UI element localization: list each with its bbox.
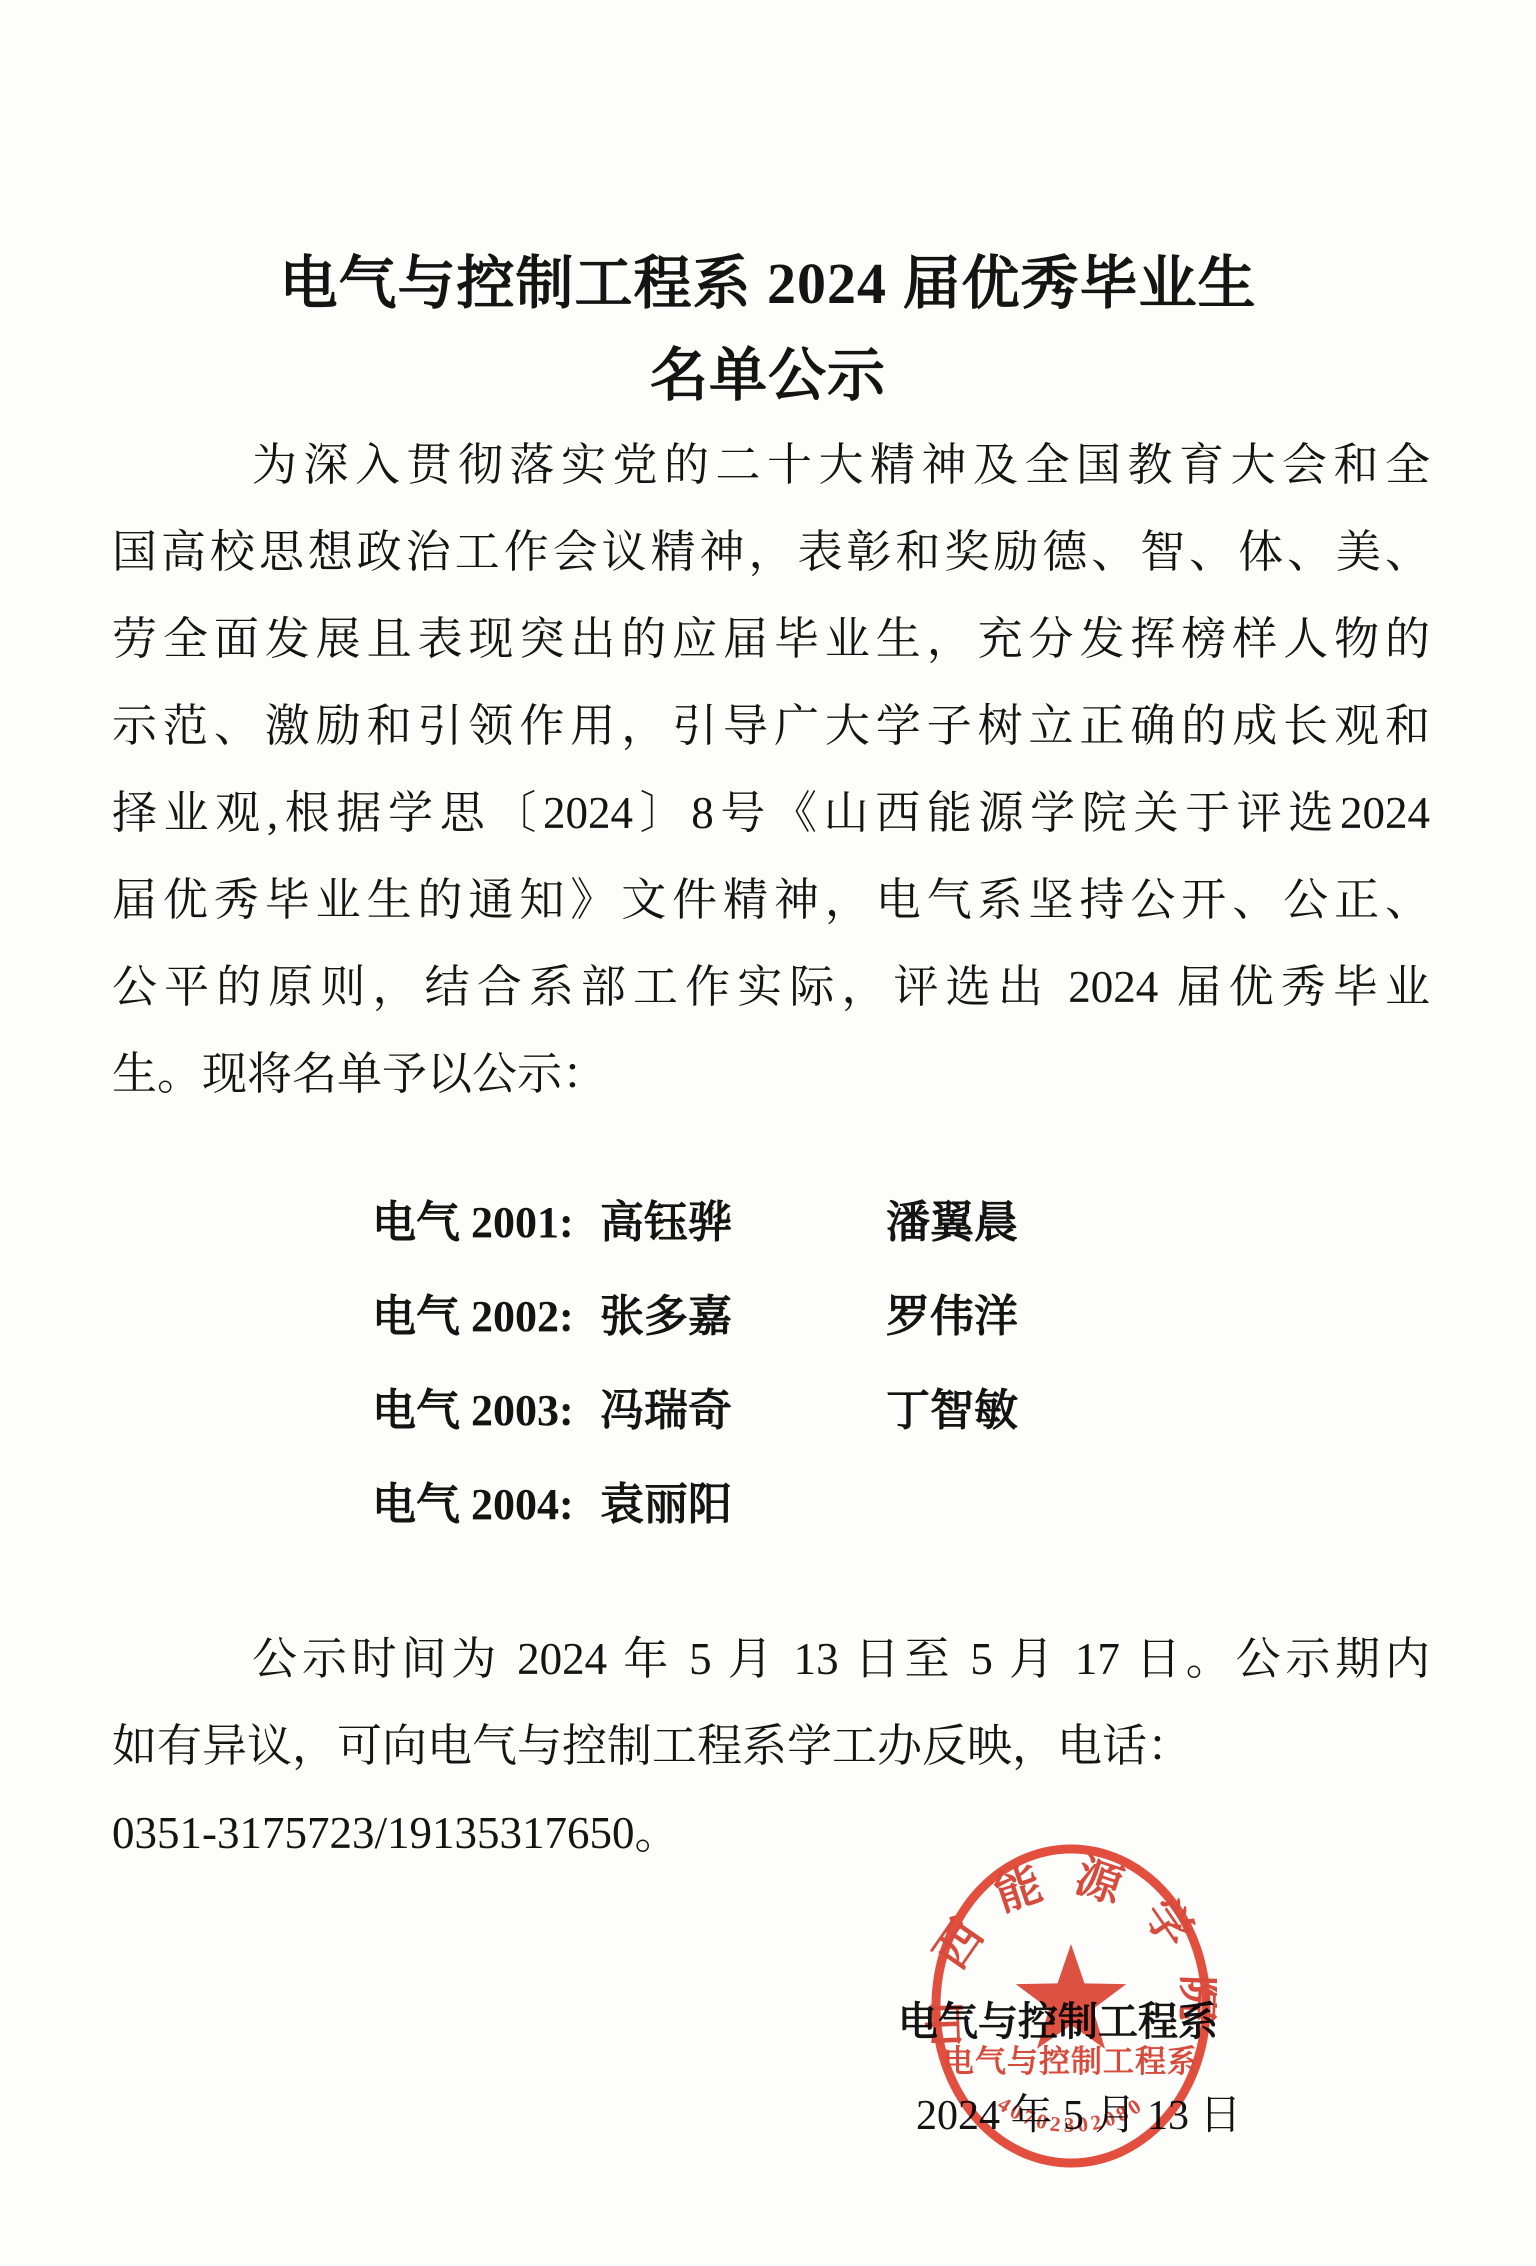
class-label: 电气 2003: <box>372 1364 600 1458</box>
class-label: 电气 2004: <box>372 1458 600 1552</box>
intro-line: 为深入贯彻落实党的二十大精神及全国教育大会和全 <box>112 422 1430 509</box>
intro-line: 生。现将名单予以公示： <box>112 1031 1430 1118</box>
intro-line: 国高校思想政治工作会议精神，表彰和奖励德、智、体、美、 <box>112 509 1430 596</box>
list-item: 电气 2001:高钰骅潘翼晨 <box>372 1176 1430 1270</box>
page-title: 电气与控制工程系 2024 届优秀毕业生 名单公示 <box>0 0 1536 422</box>
intro-line: 劳全面发展且表现突出的应届毕业生，充分发挥榜样人物的 <box>112 596 1430 683</box>
intro-line: 择业观,根据学思〔2024〕8号《山西能源学院关于评选2024 <box>112 770 1430 857</box>
graduate-name: 袁丽阳 <box>600 1458 886 1552</box>
list-item: 电气 2003:冯瑞奇丁智敏 <box>372 1364 1430 1458</box>
page-title-line2: 名单公示 <box>0 330 1536 422</box>
closing-line: 如有异议，可向电气与控制工程系学工办反映，电话： <box>112 1703 1430 1790</box>
graduate-name-list: 电气 2001:高钰骅潘翼晨 电气 2002:张多嘉罗伟洋 电气 2003:冯瑞… <box>112 1176 1430 1552</box>
graduate-name: 丁智敏 <box>886 1386 1018 1435</box>
intro-line: 届优秀毕业生的通知》文件精神，电气系坚持公开、公正、 <box>112 857 1430 944</box>
graduate-name: 张多嘉 <box>600 1270 886 1364</box>
class-label: 电气 2001: <box>372 1176 600 1270</box>
graduate-name: 高钰骅 <box>600 1176 886 1270</box>
seal-serial-number: 40702302080 <box>994 2092 1149 2137</box>
graduate-name: 罗伟洋 <box>886 1292 1018 1341</box>
official-seal-stamp: 山西能源学院 电气与控制工程系 40702302080 <box>925 1840 1217 2174</box>
list-item: 电气 2002:张多嘉罗伟洋 <box>372 1270 1430 1364</box>
intro-line: 公平的原则，结合系部工作实际，评选出 2024 届优秀毕业 <box>112 944 1430 1031</box>
seal-star-icon <box>1016 1944 1126 2049</box>
closing-paragraph: 公示时间为 2024 年 5 月 13 日至 5 月 17 日。公示期内 如有异… <box>112 1616 1430 1877</box>
list-item: 电气 2004:袁丽阳 <box>372 1458 1430 1552</box>
seal-department-text: 电气与控制工程系 <box>943 2044 1199 2079</box>
graduate-name: 潘翼晨 <box>886 1198 1018 1247</box>
class-label: 电气 2002: <box>372 1270 600 1364</box>
closing-line: 0351-3175723/19135317650。 <box>112 1790 1430 1877</box>
closing-line: 公示时间为 2024 年 5 月 13 日至 5 月 17 日。公示期内 <box>112 1616 1430 1703</box>
page-title-line1: 电气与控制工程系 2024 届优秀毕业生 <box>0 238 1536 330</box>
intro-paragraph: 为深入贯彻落实党的二十大精神及全国教育大会和全 国高校思想政治工作会议精神，表彰… <box>112 422 1430 1118</box>
intro-line: 示范、激励和引领作用，引导广大学子树立正确的成长观和 <box>112 683 1430 770</box>
announcement-page: 电气与控制工程系 2024 届优秀毕业生 名单公示 为深入贯彻落实党的二十大精神… <box>0 0 1536 2266</box>
svg-text:40702302080: 40702302080 <box>994 2092 1149 2137</box>
graduate-name: 冯瑞奇 <box>600 1364 886 1458</box>
